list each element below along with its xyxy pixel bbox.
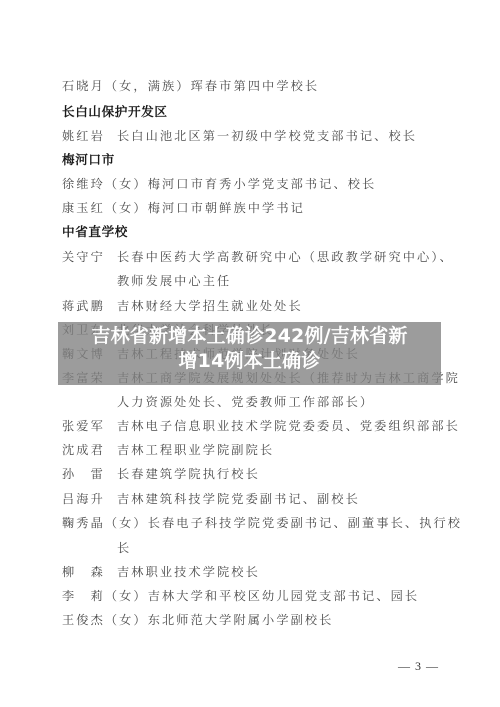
person-name: 李 莉（女）: [62, 588, 148, 604]
person-position: 吉林工程职业学院副院长: [117, 443, 274, 457]
roster-entry: 张爱军吉林电子信息职业技术学院党委委员、党委组织部部长: [62, 418, 460, 434]
roster-entry: 王俊杰（女）东北师范大学附属小学副校长: [62, 612, 333, 628]
person-name: 徐维玲（女）: [62, 176, 148, 192]
section-heading: 梅河口市: [62, 152, 115, 168]
entry-continuation: 教师发展中心主任: [117, 273, 231, 289]
person-name: 吕海升: [62, 491, 117, 507]
person-name: 康玉红（女）: [62, 200, 148, 216]
roster-entry: 吕海升吉林建筑科技学院党委副书记、副校长: [62, 491, 360, 507]
person-name: 蒋武鹏: [62, 298, 117, 314]
person-name: 孙 雷: [62, 466, 117, 482]
roster-entry: 孙 雷长春建筑学院执行校长: [62, 466, 260, 482]
page-number: — 3 —: [398, 659, 439, 674]
person-name: 姚红岩: [62, 128, 117, 144]
roster-entry: 关守宁长春中医药大学高教研究中心（思政教学研究中心）、: [62, 249, 454, 265]
roster-entry: 徐维玲（女）梅河口市育秀小学党支部书记、校长: [62, 176, 376, 192]
headline-overlay-title: 吉林省新增本土确诊242例/吉林省新 增14例本土确诊: [58, 324, 441, 374]
entry-continuation: 长: [117, 540, 131, 556]
roster-entry: 李 莉（女）吉林大学和平校区幼儿园党支部书记、园长: [62, 588, 419, 604]
person-position: 长白山池北区第一初级中学校党支部书记、校长: [117, 129, 417, 143]
person-position: 东北师范大学附属小学副校长: [148, 613, 334, 627]
person-position: 吉林财经大学招生就业处处长: [117, 299, 303, 313]
person-position: 吉林大学和平校区幼儿园党支部书记、园长: [148, 589, 419, 603]
headline-line-1: 吉林省新增本土确诊242例/吉林省新: [58, 324, 441, 349]
person-position: 长春中医药大学高教研究中心（思政教学研究中心）、: [117, 250, 454, 264]
roster-entry: 鞠秀晶（女）长春电子科技学院党委副书记、副董事长、执行校: [62, 515, 462, 531]
person-position: 吉林电子信息职业技术学院党委委员、党委组织部部长: [117, 419, 460, 433]
person-position: 珲春市第四中学校长: [191, 79, 320, 93]
person-name: 沈成君: [62, 442, 117, 458]
person-position: 梅河口市朝鲜族中学书记: [148, 201, 305, 215]
person-position: 长春建筑学院执行校长: [117, 467, 260, 481]
person-position: 吉林建筑科技学院党委副书记、副校长: [117, 492, 360, 506]
roster-entry: 蒋武鹏吉林财经大学招生就业处处长: [62, 298, 303, 314]
entry-continuation: 人力资源处处长、党委教师工作部部长）: [117, 394, 374, 410]
section-heading: 长白山保护开发区: [62, 104, 168, 120]
person-position: 吉林职业技术学院校长: [117, 565, 260, 579]
person-position: 长春电子科技学院党委副书记、副董事长、执行校: [148, 516, 462, 530]
section-heading: 中省直学校: [62, 224, 128, 240]
roster-entry: 姚红岩长白山池北区第一初级中学校党支部书记、校长: [62, 128, 417, 144]
person-name: 石晓月（女，满族）: [62, 78, 191, 94]
person-name: 王俊杰（女）: [62, 612, 148, 628]
roster-entry: 柳 森吉林职业技术学院校长: [62, 564, 260, 580]
person-name: 关守宁: [62, 249, 117, 265]
roster-entry: 石晓月（女，满族）珲春市第四中学校长: [62, 78, 319, 94]
person-name: 鞠秀晶（女）: [62, 515, 148, 531]
person-name: 张爱军: [62, 418, 117, 434]
roster-entry: 康玉红（女）梅河口市朝鲜族中学书记: [62, 200, 305, 216]
person-name: 柳 森: [62, 564, 117, 580]
person-position: 梅河口市育秀小学党支部书记、校长: [148, 177, 377, 191]
roster-entry: 沈成君吉林工程职业学院副院长: [62, 442, 274, 458]
headline-line-2: 增14例本土确诊: [58, 349, 441, 374]
